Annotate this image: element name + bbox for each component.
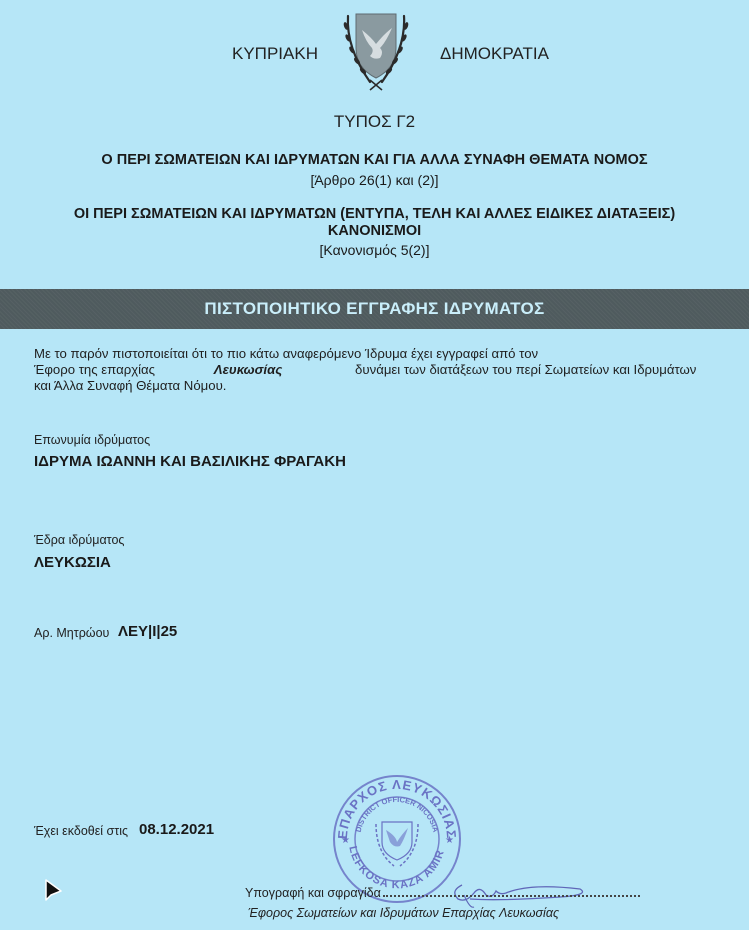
signature-caption: Έφορος Σωματείων και Ιδρυμάτων Επαρχίας … (248, 906, 559, 920)
regulations-title-line2: ΚΑΝΟΝΙΣΜΟΙ (0, 223, 749, 239)
svg-text:★: ★ (445, 835, 454, 846)
signature-row: Υπογραφή και σφραγίδα (245, 885, 640, 900)
foundation-name-value: ΙΔΡΥΜΑ ΙΩΑΝΝΗ ΚΑΙ ΒΑΣΙΛΙΚΗΣ ΦΡΑΓΑΚΗ (34, 453, 346, 470)
header-right-word: ΔΗΜΟΚΡΑΤΙΑ (440, 44, 549, 64)
svg-text:ΕΠΑΡΧΟΣ ΛΕΥΚΩΣΙΑΣ: ΕΠΑΡΧΟΣ ΛΕΥΚΩΣΙΑΣ (335, 777, 459, 840)
issue-date-label: Έχει εκδοθεί στις (34, 824, 128, 838)
issue-date-value: 08.12.2021 (139, 821, 214, 838)
foundation-name-label: Επωνυμία ιδρύματος (34, 433, 150, 447)
registry-number-value: ΛΕΥ|Ι|25 (118, 623, 177, 640)
regulation-ref: [Κανονισμός 5(2)] (0, 242, 749, 258)
district-name: Λευκωσίας (173, 362, 323, 378)
certification-line3: και Άλλα Συναφή Θέματα Νόμου. (34, 378, 734, 394)
certification-text: Με το παρόν πιστοποιείται ότι το πιο κάτ… (34, 346, 734, 394)
foundation-seat-value: ΛΕΥΚΩΣΙΑ (34, 554, 111, 571)
header-left-word: ΚΥΠΡΙΑΚΗ (232, 44, 318, 64)
foundation-seat-label: Έδρα ιδρύματος (34, 533, 124, 547)
certification-line1: Με το παρόν πιστοποιείται ότι το πιο κάτ… (34, 346, 734, 362)
regulations-title-line1: ΟΙ ΠΕΡΙ ΣΩΜΑΤΕΙΩΝ ΚΑΙ ΙΔΡΥΜΑΤΩΝ (ΕΝΤΥΠΑ,… (0, 206, 749, 222)
cyprus-coat-of-arms-icon (340, 8, 412, 92)
signature-label: Υπογραφή και σφραγίδα (245, 886, 381, 900)
certification-line2: Έφορο της επαρχίαςΛευκωσίαςδυνάμει των δ… (34, 362, 734, 378)
registry-number-label: Αρ. Μητρώου (34, 626, 109, 640)
mouse-cursor-icon (44, 878, 64, 904)
signature-line (383, 885, 640, 897)
law-article: [Άρθρο 26(1) και (2)] (0, 172, 749, 188)
certificate-title: ΠΙΣΤΟΠΟΙΗΤΙΚΟ ΕΓΓΡΑΦΗΣ ΙΔΡΥΜΑΤΟΣ (204, 299, 544, 319)
certificate-banner: ΠΙΣΤΟΠΟΙΗΤΙΚΟ ΕΓΓΡΑΦΗΣ ΙΔΡΥΜΑΤΟΣ (0, 289, 749, 329)
svg-text:★: ★ (341, 835, 350, 846)
form-type: ΤΥΠΟΣ Γ2 (0, 112, 749, 132)
law-title: Ο ΠΕΡΙ ΣΩΜΑΤΕΙΩΝ ΚΑΙ ΙΔΡΥΜΑΤΩΝ ΚΑΙ ΓΙΑ Α… (0, 152, 749, 168)
